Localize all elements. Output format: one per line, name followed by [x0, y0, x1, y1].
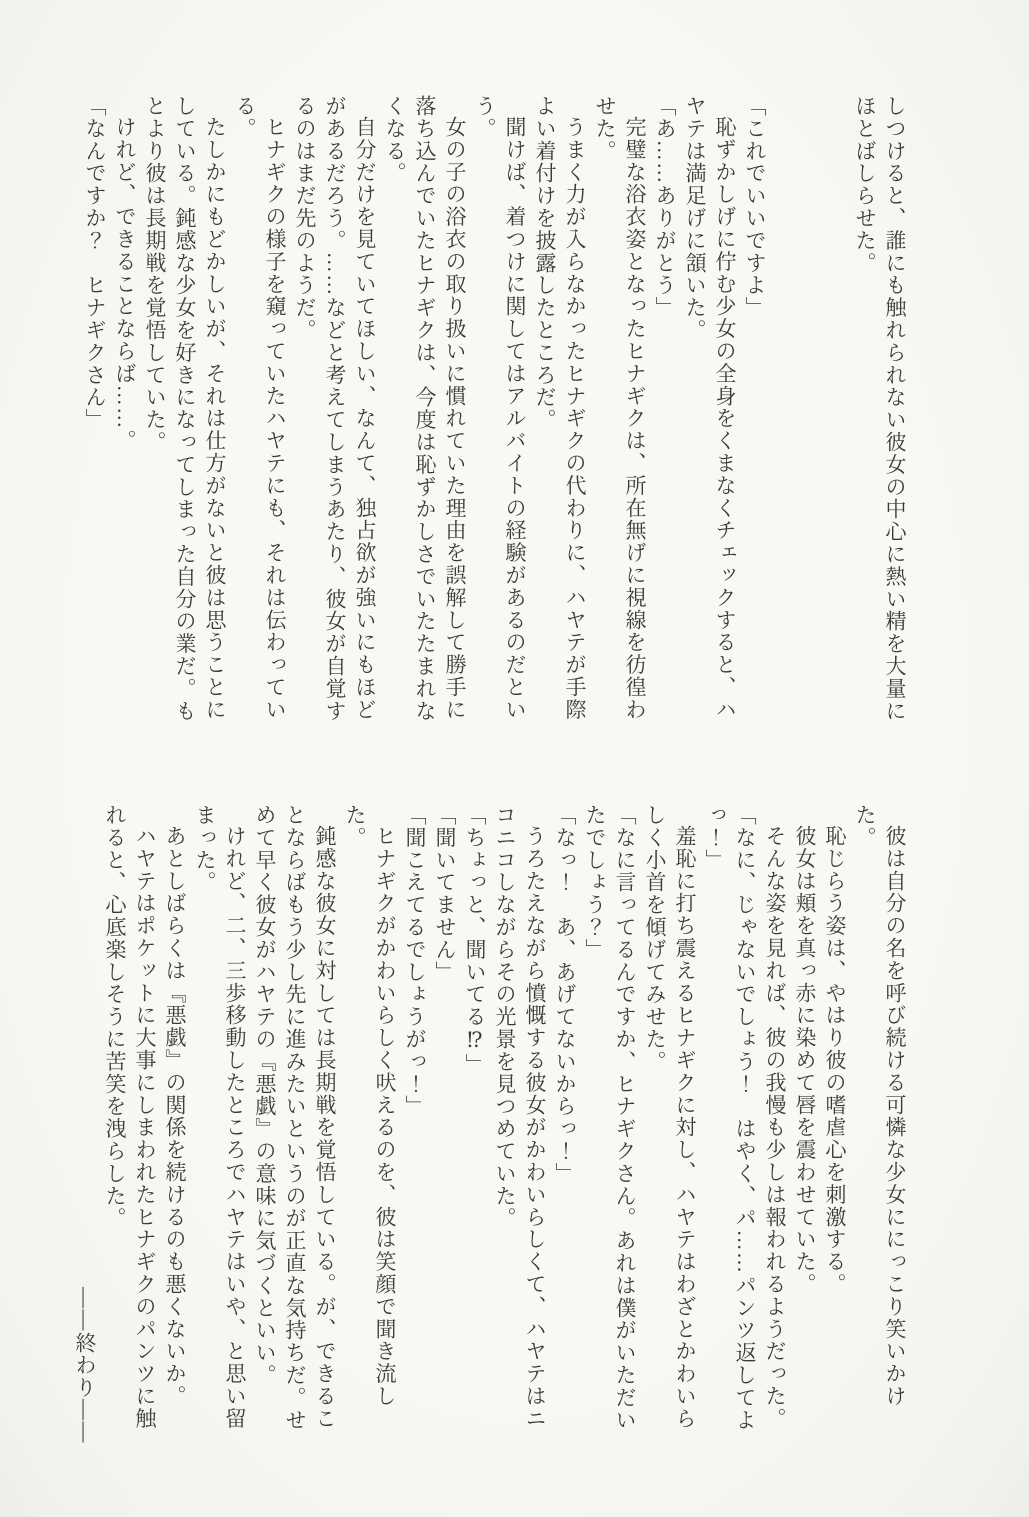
story-paragraph: ハヤテはポケットに大事にしまわれたヒナギクのパンツに触れると、心底楽しそうに苦笑…: [100, 804, 160, 1444]
story-bottom-flow: 彼は自分の名を呼び続ける可憐な少女ににっこり笑いかけた。恥じらう姿は、やはり彼の…: [100, 804, 910, 1444]
story-paragraph: ヒナギクがかわいらしく吠えるのを、彼は笑顔で聞き流した。: [340, 804, 400, 1444]
story-paragraph: 「ちょっと、聞いてる⁉」: [460, 804, 490, 1444]
story-paragraph: 「なっ！ あ、あげてないからっ！」: [550, 804, 580, 1444]
story-top-block: しつけると、誰にも触れられない彼女の中心に熱い精を大量にほとばしらせた。「これで…: [80, 95, 910, 729]
ending-marker: ――終わり――: [70, 804, 100, 1444]
story-paragraph: たしかにもどかしいが、それは仕方がないと彼は思うことにしている。鈍感な少女を好き…: [140, 95, 230, 729]
story-paragraph: 聞けば、着つけに関してはアルバイトの経験があるのだという。: [470, 95, 530, 729]
story-paragraph: けれど、二、三歩移動したところでハヤテはいや、と思い留まった。: [190, 804, 250, 1444]
story-paragraph: 女の子の浴衣の取り扱いに慣れていた理由を誤解して勝手に落ち込んでいたヒナギクは、…: [380, 95, 470, 729]
story-paragraph: しつけると、誰にも触れられない彼女の中心に熱い精を大量にほとばしらせた。: [850, 95, 910, 729]
story-paragraph: 「なに、じゃないでしょう！ はやく、パ……パンツ返してよっ！」: [700, 804, 760, 1444]
story-paragraph: うろたえながら憤慨する彼女がかわいらしくて、ハヤテはニコニコしながらその光景を見…: [490, 804, 550, 1444]
story-paragraph: そんな姿を見れば、彼の我慢も少しは報われるようだった。: [760, 804, 790, 1444]
story-paragraph: 「なんですか？ ヒナギクさん」: [80, 95, 110, 729]
story-paragraph: 恥ずかしげに佇む少女の全身をくまなくチェックすると、ハヤテは満足げに頷いた。: [680, 95, 740, 729]
story-paragraph: 自分だけを見ていてほしい、なんて、独占欲が強いにもほどがあるだろう。……などと考…: [290, 95, 380, 729]
story-paragraph: 恥じらう姿は、やはり彼の嗜虐心を刺激する。: [820, 804, 850, 1444]
story-paragraph: 羞恥に打ち震えるヒナギクに対し、ハヤテはわざとかわいらしく小首を傾げてみせた。: [640, 804, 700, 1444]
story-paragraph: 「これでいいですよ」: [740, 95, 770, 729]
story-paragraph: 「なに言ってるんですか、ヒナギクさん。あれは僕がいただいたでしょう？」: [580, 804, 640, 1444]
novel-page: しつけると、誰にも触れられない彼女の中心に熱い精を大量にほとばしらせた。「これで…: [0, 0, 1029, 1517]
story-bottom-block: 彼は自分の名を呼び続ける可憐な少女ににっこり笑いかけた。恥じらう姿は、やはり彼の…: [70, 804, 910, 1444]
story-paragraph: けれど、できることならば……。: [110, 95, 140, 729]
story-paragraph: 「聞いてません」: [430, 804, 460, 1444]
story-paragraph: 彼は自分の名を呼び続ける可憐な少女ににっこり笑いかけた。: [850, 804, 910, 1444]
story-paragraph: うまく力が入らなかったヒナギクの代わりに、ハヤテが手際よい着付けを披露したところ…: [530, 95, 590, 729]
story-paragraph: あとしばらくは『悪戯』の関係を続けるのも悪くないか。: [160, 804, 190, 1444]
story-paragraph: 鈍感な彼女に対しては長期戦を覚悟している。が、できることならばもう少し先に進みた…: [250, 804, 340, 1444]
story-paragraph: 彼女は頬を真っ赤に染めて唇を震わせていた。: [790, 804, 820, 1444]
story-paragraph: 「あ……ありがとう」: [650, 95, 680, 729]
story-paragraph: 完璧な浴衣姿となったヒナギクは、所在無げに視線を彷徨わせた。: [590, 95, 650, 729]
story-paragraph: ヒナギクの様子を窺っていたハヤテにも、それは伝わっている。: [230, 95, 290, 729]
story-paragraph: 「聞こえてるでしょうがっ！」: [400, 804, 430, 1444]
